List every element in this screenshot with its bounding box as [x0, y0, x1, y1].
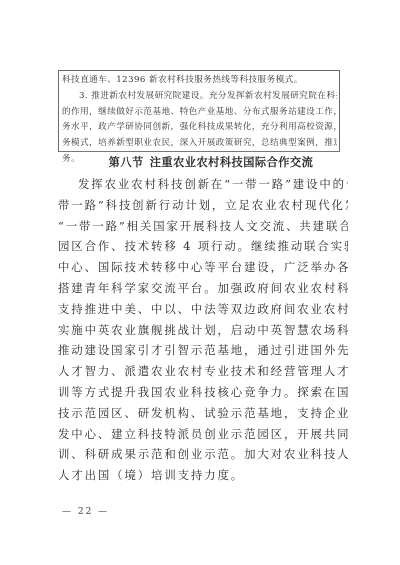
- body-line: 带一路”科技创新行动计划，立足农业农村现代化发展的特点，与: [58, 195, 348, 216]
- box-line: 3. 推进新农村发展研究院建设。充分发挥新农村发展研究院在科技成果转化中: [62, 89, 337, 105]
- body-line: 支持推进中美、中以、中法等双边政府间农业农村科技项目合作。: [58, 299, 348, 320]
- body-line: 技示范园区、研发机构、试验示范基地，支持企业在国外设立研: [58, 403, 348, 424]
- body-line: 训等方式提升我国农业科技核心竞争力。探索在国外建立农业科: [58, 382, 348, 403]
- body-line: “一带一路”相关国家开展科技人文交流、共建联合实验室、科技: [58, 216, 348, 237]
- box-line: 务模式，培养新型职业农民，深入开展政策研究，总结典型案例，推进政策咨询服: [62, 136, 337, 152]
- section-heading: 第八节注重农业农村科技国际合作交流: [0, 154, 400, 170]
- section-number: 第八节: [109, 155, 144, 169]
- document-page: 科技直通车、12396 新农村科技服务热线等科技服务模式。 3. 推进新农村发展…: [0, 0, 400, 565]
- body-line: 训、科研成果示范和创业示范。加大对农业科技人才和农村实用: [58, 444, 348, 465]
- body-line: 中心、国际技术转移中心等平台建设，广泛举办各类技术培训班，: [58, 257, 348, 278]
- body-line: 发挥农业农村科技创新在“一带一路”建设中的作用，实施“一: [58, 174, 348, 195]
- boxed-excerpt: 科技直通车、12396 新农村科技服务热线等科技服务模式。 3. 推进新农村发展…: [58, 70, 340, 152]
- box-line: 的作用，继续做好示范基地、特色产业基地、分布式服务站建设工作，提高技术服: [62, 105, 337, 121]
- body-paragraph: 发挥农业农村科技创新在“一带一路”建设中的作用，实施“一 带一路”科技创新行动计…: [58, 174, 348, 486]
- body-line: 人才出国（境）培训支持力度。: [58, 465, 348, 486]
- body-line: 发中心、建立科技特派员创业示范园区，开展共同研发、技术培: [58, 424, 348, 445]
- box-line: 科技直通车、12396 新农村科技服务热线等科技服务模式。: [62, 73, 337, 89]
- body-line: 实施中英农业旗舰挑战计划，启动中英智慧农场科技创新合作。: [58, 320, 348, 341]
- body-line: 人才智力、派遣农业农村专业技术和经营管理人才出国（境）培: [58, 361, 348, 382]
- body-line: 推动建设国家引才引智示范基地，通过引进国外先进技术和外国: [58, 340, 348, 361]
- page-number: — 22 —: [62, 505, 109, 519]
- body-line: 搭建青年科学家交流平台。加强政府间农业农村科技创新合作，: [58, 278, 348, 299]
- box-line: 务水平，政产学研协同创新，强化科技成果转化，充分利用高校资源，创新培训服: [62, 120, 337, 136]
- body-line: 园区合作、技术转移 4 项行动。继续推动联合实验室、联合研究: [58, 236, 348, 257]
- section-title: 注重农业农村科技国际合作交流: [150, 155, 314, 169]
